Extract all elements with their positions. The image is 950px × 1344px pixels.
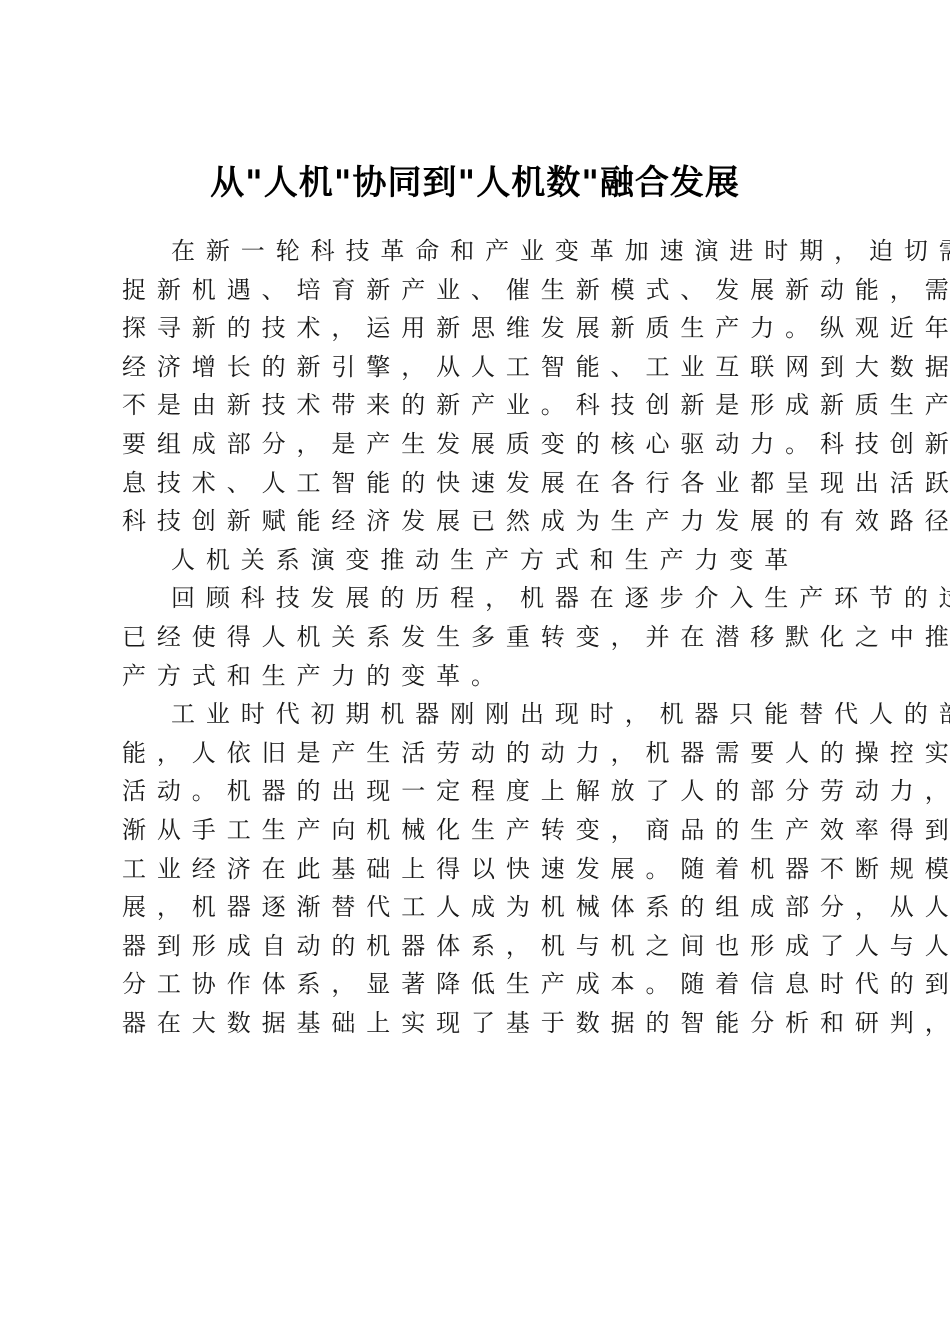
text-line: 器在大数据基础上实现了基于数据的智能分析和研判，机器具 [122, 1004, 842, 1043]
document-body: 在新一轮科技革命和产业变革加速演进时期，迫切需要捕 捉新机遇、培育新产业、催生新… [122, 232, 842, 1042]
paragraph-history: 回顾科技发展的历程，机器在逐步介入生产环节的过程中 已经使得人机关系发生多重转变… [122, 579, 842, 695]
text-line: 工业经济在此基础上得以快速发展。随着机器不断规模化的发 [122, 850, 842, 889]
section-subheading: 人机关系演变推动生产方式和生产力变革 [122, 541, 842, 580]
text-line: 捉新机遇、培育新产业、催生新模式、发展新动能，需要积极 [122, 271, 842, 310]
subheading-text: 人机关系演变推动生产方式和生产力变革 [122, 541, 842, 580]
text-line: 分工协作体系，显著降低生产成本。随着信息时代的到来，机 [122, 965, 842, 1004]
text-line: 活动。机器的出现一定程度上解放了人的部分劳动力，人们逐 [122, 772, 842, 811]
document-page: 从"人机"协同到"人机数"融合发展 在新一轮科技革命和产业变革加速演进时期，迫切… [0, 0, 950, 1344]
text-line: 不是由新技术带来的新产业。科技创新是形成新质生产力的重 [122, 386, 842, 425]
text-line: 息技术、人工智能的快速发展在各行各业都呈现出活跃状态， [122, 464, 842, 503]
text-line: 展，机器逐渐替代工人成为机械体系的组成部分，从人操控机 [122, 888, 842, 927]
text-line: 探寻新的技术，运用新思维发展新质生产力。纵观近年来全球 [122, 309, 842, 348]
text-line: 产方式和生产力的变革。 [122, 657, 842, 696]
text-line: 已经使得人机关系发生多重转变，并在潜移默化之中推动着生 [122, 618, 842, 657]
text-line: 器到形成自动的机器体系，机与机之间也形成了人与人之间的 [122, 927, 842, 966]
document-title: 从"人机"协同到"人机数"融合发展 [0, 159, 950, 207]
text-line: 要组成部分，是产生发展质变的核心驱动力。科技创新随着信 [122, 425, 842, 464]
text-line: 科技创新赋能经济发展已然成为生产力发展的有效路径。 [122, 502, 842, 541]
text-line: 在新一轮科技革命和产业变革加速演进时期，迫切需要捕 [122, 232, 842, 271]
text-line: 渐从手工生产向机械化生产转变，商品的生产效率得到提高， [122, 811, 842, 850]
text-line: 经济增长的新引擎，从人工智能、工业互联网到大数据，无一 [122, 348, 842, 387]
text-line: 能，人依旧是产生活劳动的动力，机器需要人的操控实现生产 [122, 734, 842, 773]
text-line: 回顾科技发展的历程，机器在逐步介入生产环节的过程中 [122, 579, 842, 618]
paragraph-intro: 在新一轮科技革命和产业变革加速演进时期，迫切需要捕 捉新机遇、培育新产业、催生新… [122, 232, 842, 541]
paragraph-industrial-era: 工业时代初期机器刚刚出现时，机器只能替代人的部分技 能，人依旧是产生活劳动的动力… [122, 695, 842, 1042]
text-line: 工业时代初期机器刚刚出现时，机器只能替代人的部分技 [122, 695, 842, 734]
